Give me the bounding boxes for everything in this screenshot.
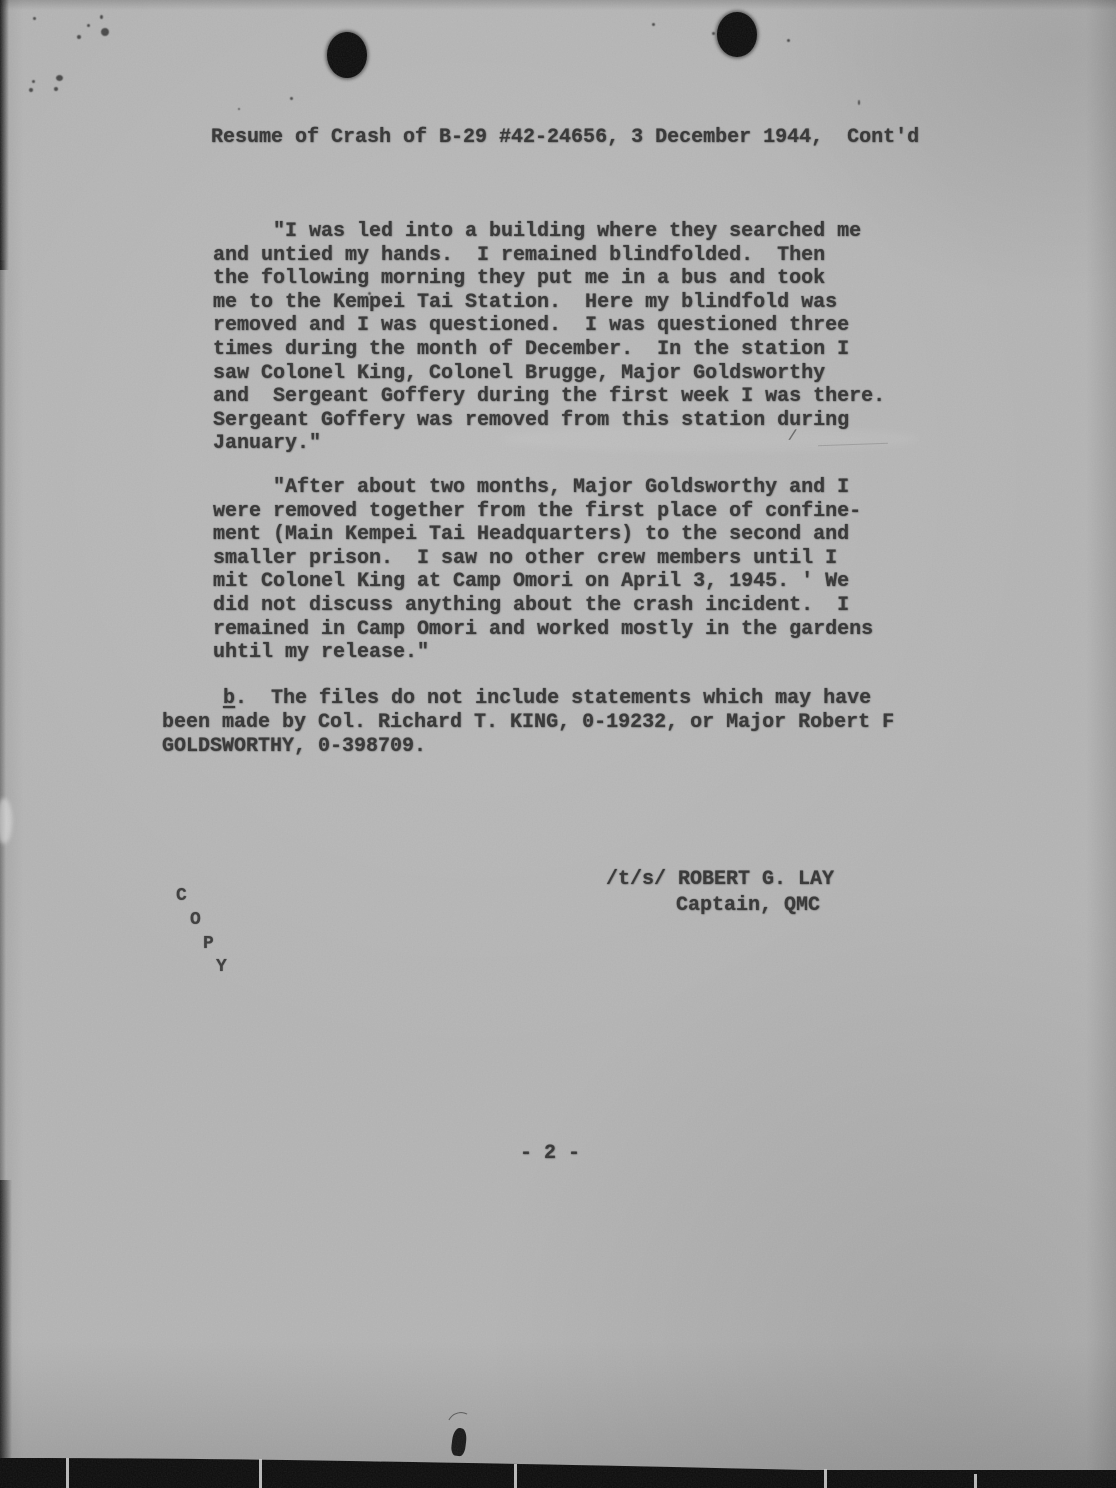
film-bottom-edge (0, 1448, 1116, 1488)
typed-signature: /t/s/ ROBERT G. LAY (606, 868, 834, 892)
dust-speck (101, 28, 109, 36)
dust-speck (652, 23, 655, 26)
item-b-line-1-text: The files do not include statements whic… (247, 687, 871, 710)
dust-speck (787, 39, 790, 42)
item-b-line-3: GOLDSWORTHY, 0-398709. (162, 735, 426, 759)
film-left-edge-bottom (0, 1180, 12, 1470)
quoted-statement-paragraph-2: "After about two months, Major Goldswort… (213, 476, 873, 665)
film-left-edge-top (0, 0, 9, 270)
dust-speck (238, 108, 240, 110)
item-b-line-1: b. The files do not include statements w… (223, 687, 871, 711)
scanned-document-photostat: Resume of Crash of B-29 #42-24656, 3 Dec… (0, 0, 1116, 1488)
document-title: Resume of Crash of B-29 #42-24656, 3 Dec… (211, 126, 919, 150)
film-frame-gap (514, 1464, 517, 1488)
dust-speck (56, 75, 63, 81)
film-frame-gap (824, 1469, 827, 1488)
item-b-label-dot: . (235, 687, 247, 710)
copy-stamp-letter-c: C (176, 886, 187, 906)
film-frame-gap (974, 1474, 977, 1488)
copy-stamp-letter-p: P (203, 934, 214, 954)
dust-speck (77, 35, 81, 39)
copy-stamp-letter-o: O (190, 910, 201, 930)
film-left-edge-mid (0, 260, 6, 1180)
film-frame-gap (259, 1459, 262, 1488)
stray-pen-mark: / (787, 428, 797, 446)
dust-speck (33, 17, 36, 20)
dust-speck (100, 15, 103, 19)
dust-speck (32, 80, 35, 83)
dust-speck (54, 87, 58, 91)
dust-speck (290, 97, 293, 100)
film-frame-gap (66, 1458, 69, 1488)
copy-stamp-letter-y: Y (216, 957, 227, 977)
item-b-line-2: been made by Col. Richard T. KING, 0-192… (162, 711, 894, 735)
punch-hole-right (717, 12, 757, 57)
quoted-statement-paragraph-1: "I was led into a building where they se… (213, 220, 885, 456)
item-b-label: b (223, 687, 235, 710)
dust-speck (87, 24, 90, 27)
dust-speck (29, 88, 33, 92)
dust-speck (858, 100, 860, 105)
page-number: - 2 - (520, 1142, 580, 1166)
signature-rank-line: Captain, QMC (676, 894, 820, 918)
dust-speck (712, 32, 715, 35)
punch-hole-left (327, 32, 367, 78)
